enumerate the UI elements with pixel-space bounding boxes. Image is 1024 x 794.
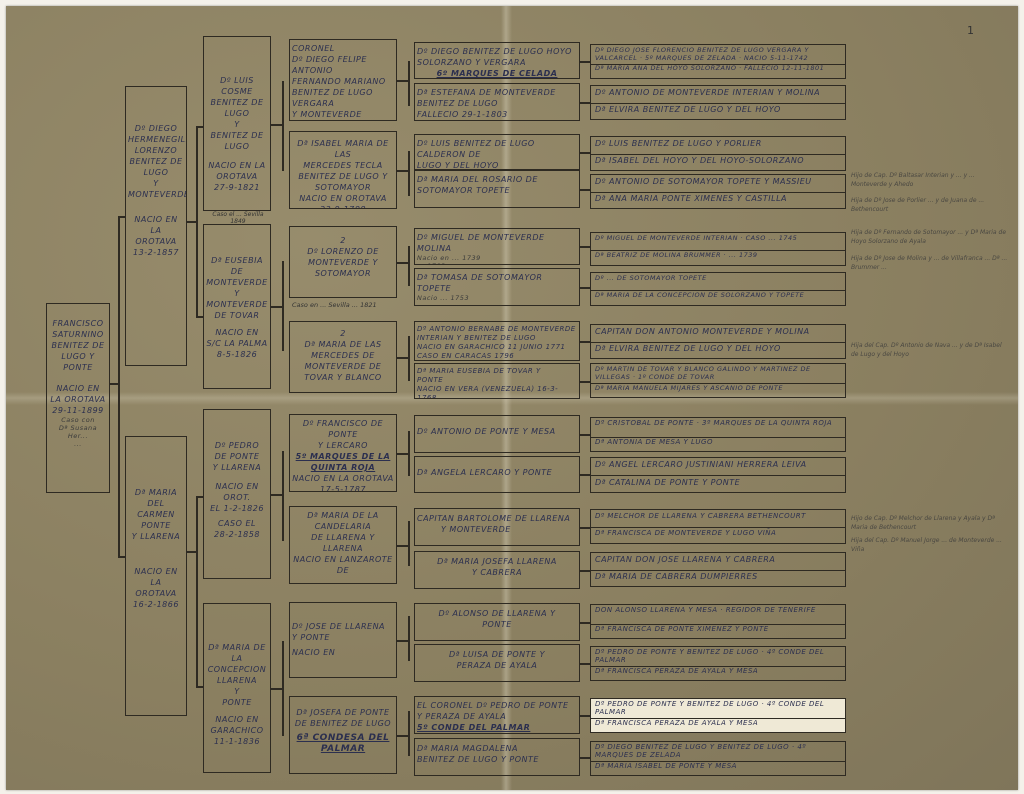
- gen5-box: Dª Maria Eusebia de Tovar y Ponte Nacio …: [414, 363, 580, 399]
- margin-note: Hijo de Cap. Dº Baltasar Interian y ... …: [851, 171, 1011, 189]
- gen6-row: Dº Diego Jose Florencio Benitez de Lugo …: [591, 45, 845, 65]
- connector: [118, 216, 120, 556]
- gen3-box: Dº Luis Cosme Benitez de Lugo y Benitez …: [203, 36, 271, 211]
- married-line: 28-2-1858: [206, 529, 268, 540]
- connector: [282, 261, 284, 351]
- connector: [580, 189, 590, 191]
- gen4-box: 2 Dº Lorenzo de Monteverde y Sotomayor: [289, 226, 397, 298]
- margin-note: Hija de Dº Fernando de Sotomayor ... y D…: [851, 228, 1011, 246]
- gen1-name-line: Ponte: [49, 362, 107, 373]
- gen6-pair: Don Alonso Llarena y Mesa · Regidor de T…: [590, 604, 846, 639]
- text-line: Dº Luis Benitez de Lugo Calderon de: [417, 138, 577, 160]
- gen5-box: Dº Luis Benitez de Lugo Calderon de Lugo…: [414, 134, 580, 170]
- text-line: y Monteverde: [417, 524, 577, 535]
- gen6-row: Dª Elvira Benitez de Lugo y del Hoyo: [591, 342, 845, 359]
- connector: [282, 81, 284, 171]
- gen6-pair: Dº ... de Sotomayor Topete Dª Maria de l…: [590, 272, 846, 306]
- married-line: Caso el: [206, 518, 268, 529]
- birth-line: Nacio en Orot.: [206, 481, 268, 503]
- gen5-box: El Coronel Dº Pedro de Ponte y Peraza de…: [414, 696, 580, 734]
- gen3-box: Dº Pedro de Ponte y Llarena Nacio en Oro…: [203, 409, 271, 579]
- gen1-name-line: Francisco: [49, 318, 107, 329]
- gen1-married-line: Dª Susana Her...: [49, 424, 107, 440]
- text-line: Dª Luisa de Ponte y: [417, 649, 577, 660]
- text-line: Dº Antonio Bernabe de Monteverde: [417, 325, 577, 334]
- spacer: [206, 152, 268, 160]
- name-line: y: [206, 119, 268, 130]
- connector: [196, 496, 198, 686]
- birth-line: S/C La Palma: [206, 338, 268, 349]
- text-line: de Llarena y Llarena: [292, 532, 394, 554]
- text-line: ... 1783: [417, 262, 577, 265]
- connector: [580, 527, 590, 529]
- connector: [408, 61, 410, 106]
- gen6-row: Dª Francisca de Ponte Ximenez y Ponte: [591, 624, 845, 639]
- text-line: Dª Maria de la Candelaria: [292, 510, 394, 532]
- text-line: Dº Antonio de Ponte y Mesa: [417, 426, 577, 437]
- page-mark: 1: [967, 24, 974, 37]
- spacer: [128, 542, 184, 566]
- text-line: Nacio ... 1753: [417, 294, 577, 302]
- text-line: Benitez de Lugo y Ponte: [417, 754, 577, 765]
- gen3-box: Dª Maria de la Concepcion Llarena y Pont…: [203, 603, 271, 773]
- text-line: Tovar y Blanco: [292, 372, 394, 383]
- gen1-name-line: Lugo y: [49, 351, 107, 362]
- gen6-row: Capitan Don Jose Llarena y Cabrera: [591, 553, 845, 571]
- noble-title: 5º Conde del Palmar: [417, 722, 577, 733]
- birth-line: Orotava: [128, 236, 184, 247]
- gen6-row: Dº Antonio de Monteverde Interian y Moli…: [591, 86, 845, 104]
- name-line: la Concepcion: [206, 653, 268, 675]
- connector: [282, 641, 284, 736]
- birth-line: el 1-2-1826: [206, 503, 268, 514]
- text-line: Dª Isabel Maria de las: [292, 138, 394, 160]
- connector: [282, 451, 284, 541]
- name-line: y Llarena: [206, 462, 268, 473]
- gen5-box: Dª Luisa de Ponte y Peraza de Ayala: [414, 644, 580, 682]
- text-line: y Cabrera: [417, 567, 577, 578]
- connector: [580, 61, 590, 63]
- connector: [580, 287, 590, 289]
- text-line: Benitez de Lugo y: [292, 171, 394, 182]
- noble-title: 5º Marques de la Quinta Roja: [292, 451, 394, 473]
- gen6-row: Dª Maria Isabel de Ponte y Mesa: [591, 761, 845, 776]
- name-line: y: [128, 178, 184, 189]
- gen6-pair-highlighted: Dº Pedro de Ponte y Benitez de Lugo · 4º…: [590, 698, 846, 733]
- gen6-row: Dª Maria Ana del Hoyo Solorzano · Fallec…: [591, 63, 845, 79]
- text-line: 2: [292, 328, 394, 339]
- birth-line: Orotava: [206, 171, 268, 182]
- gen5-box: Dº Antonio de Ponte y Mesa: [414, 415, 580, 453]
- gen6-row: Dª Isabel del Hoyo y del Hoyo-Solorzano: [591, 154, 845, 171]
- connector: [408, 431, 410, 476]
- text-line: Nacio en Vera (Venezuela) 16-3-1768: [417, 385, 577, 399]
- name-line: de Ponte: [206, 451, 268, 462]
- gen5-box: Dª Angela Lercaro y Ponte: [414, 456, 580, 493]
- gen1-married-line: Caso con: [49, 416, 107, 424]
- name-line: Hermenegildo: [128, 134, 184, 145]
- gen6-row: Dº Pedro de Ponte y Benitez de Lugo · 4º…: [591, 647, 845, 667]
- text-line: Peraza de Ayala: [417, 660, 577, 671]
- gen6-pair: Dº Miguel de Monteverde Interian · Caso …: [590, 232, 846, 266]
- text-line: y Ponte: [292, 632, 394, 643]
- gen6-row: Dº Melchor de Llarena y Cabrera Bethenco…: [591, 510, 845, 528]
- gen6-row: Dª Francisca Peraza de Ayala y Mesa: [591, 666, 845, 681]
- margin-note: Hija del Cap. Dº Manuel Jorge ... de Mon…: [851, 536, 1011, 554]
- gen1-birth-line: 29-11-1899: [49, 405, 107, 416]
- name-line: y: [206, 686, 268, 697]
- gen1-box: Francisco Saturnino Benitez de Lugo y Po…: [46, 303, 110, 493]
- gen6-row: Capitan Don Antonio Monteverde y Molina: [591, 325, 845, 343]
- gen5-box: Dº Alonso de Llarena y Ponte: [414, 603, 580, 641]
- connector: [580, 434, 590, 436]
- text-line: Dª Tomasa de Sotomayor Topete: [417, 272, 577, 294]
- gen5-box: Dº Diego Benitez de Lugo Hoyo Solorzano …: [414, 42, 580, 79]
- birth-line: Nacio en: [292, 647, 394, 658]
- gen6-row: Dº Martin de Tovar y Blanco Galindo y Ma…: [591, 364, 845, 384]
- spacer: [49, 373, 107, 383]
- gen6-row: Dª Ana Maria Ponte Ximenes y Castilla: [591, 192, 845, 209]
- gen6-row: Dº Miguel de Monteverde Interian · Caso …: [591, 233, 845, 251]
- gen6-row: Dº Pedro de Ponte y Benitez de Lugo · 4º…: [591, 699, 845, 719]
- marriage-note: Caso en ... Sevilla ... 1821: [292, 301, 400, 309]
- gen6-row: Dª Antonia de Mesa y Lugo: [591, 437, 845, 452]
- connector: [580, 757, 590, 759]
- text-line: Interian y Benitez de Lugo: [417, 334, 577, 343]
- gen6-pair: Dº Antonio de Monteverde Interian y Moli…: [590, 85, 846, 120]
- birth-line: Nacio en la: [128, 566, 184, 588]
- gen6-pair: Dº Diego Benitez de Lugo y Benitez de Lu…: [590, 741, 846, 776]
- connector: [580, 246, 590, 248]
- text-line: Dº Diego Benitez de Lugo Hoyo: [417, 46, 577, 57]
- text-line: Benitez de Lugo: [417, 98, 577, 109]
- birth-line: 17-5-1787: [292, 484, 394, 492]
- spacer: [128, 200, 184, 214]
- gen6-pair: Dº Luis Benitez de Lugo y Porlier Dª Isa…: [590, 136, 846, 171]
- gen6-row: Dº Antonio de Sotomayor Topete y Massieu: [591, 175, 845, 193]
- text-line: de Benitez de Lugo: [292, 718, 394, 729]
- connector: [580, 474, 590, 476]
- text-line: Ponte: [417, 619, 577, 630]
- text-line: 2: [292, 235, 394, 246]
- name-line: y: [206, 288, 268, 299]
- gen6-row: Dª Elvira Benitez de Lugo y del Hoyo: [591, 103, 845, 120]
- text-line: Lugo y del Hoyo: [417, 160, 577, 170]
- gen6-row: Dª Maria Manuela Mijares y Ascanio de Po…: [591, 383, 845, 398]
- text-line: Dº Francisco de Ponte: [292, 418, 394, 440]
- birth-line: Nacio en: [206, 327, 268, 338]
- birth-line: Orotava: [128, 588, 184, 599]
- text-line: Sotomayor: [292, 182, 394, 193]
- margin-note: Hija de Dº Jose de Molina y ... de Villa…: [851, 254, 1011, 272]
- birth-line: Garachico: [206, 725, 268, 736]
- death-line: Fallecio 29-1-1803: [417, 109, 577, 120]
- name-line: Dº Luis Cosme: [206, 75, 268, 97]
- text-line: Dº Miguel de Monteverde Molina: [417, 232, 577, 254]
- gen6-pair: Capitan Don Jose Llarena y Cabrera Dª Ma…: [590, 552, 846, 587]
- spacer: [206, 473, 268, 481]
- gen4-box: Dº Francisco de Ponte y Lercaro 5º Marqu…: [289, 414, 397, 492]
- text-line: Dª Maria Eusebia de Tovar y: [417, 367, 577, 376]
- name-line: Monteverde: [206, 299, 268, 310]
- gen1-birth-line: La Orotava: [49, 394, 107, 405]
- connector: [580, 381, 590, 383]
- text-line: Sotomayor Topete: [417, 185, 577, 196]
- text-line: Caso en Caracas 1796: [417, 352, 577, 361]
- birth-line: Nacio en la: [206, 160, 268, 171]
- text-line: Dº Lorenzo de: [292, 246, 394, 257]
- gen4-box: Dª Isabel Maria de las Mercedes Tecla Be…: [289, 131, 397, 209]
- text-line: Dª Maria de las: [292, 339, 394, 350]
- gen1-birth-line: Nacio en: [49, 383, 107, 394]
- noble-title: 6ª Condesa del Palmar: [292, 733, 394, 755]
- gen6-row: Dº ... de Sotomayor Topete: [591, 273, 845, 291]
- gen6-pair: Dº Cristobal de Ponte · 3º Marques de la…: [590, 417, 846, 452]
- gen6-row: Dª Maria de Cabrera Dumpierres: [591, 570, 845, 587]
- gen2-box-father: Dº Diego Hermenegildo Lorenzo Benitez de…: [125, 86, 187, 366]
- gen4-box: Coronel Dº Diego Felipe Antonio Fernando…: [289, 39, 397, 121]
- gen6-pair: Dº Melchor de Llarena y Cabrera Bethenco…: [590, 509, 846, 544]
- connector: [580, 663, 590, 665]
- connector: [580, 570, 590, 572]
- gen6-pair: Dº Diego Jose Florencio Benitez de Lugo …: [590, 44, 846, 79]
- gen5-box: Capitan Bartolome de Llarena y Monteverd…: [414, 508, 580, 546]
- name-line: Dª Eusebia: [206, 255, 268, 266]
- text-line: Benitez de Lugo Vergara: [292, 87, 394, 109]
- gen2-box-mother: Dª Maria del Carmen Ponte y Llarena Naci…: [125, 436, 187, 716]
- text-line: Dª Josefa de Ponte: [292, 707, 394, 718]
- text-line: y Monteverde: [292, 109, 394, 120]
- birth-line: Nacio en Orotava: [292, 193, 394, 204]
- connector: [196, 126, 198, 316]
- text-line: Fernando Mariano: [292, 76, 394, 87]
- name-line: Dº Pedro: [206, 440, 268, 451]
- text-line: Mercedes Tecla: [292, 160, 394, 171]
- connector: [408, 711, 410, 756]
- gen5-box: Dª Maria Magdalena Benitez de Lugo y Pon…: [414, 738, 580, 776]
- gen1-married-line: ...: [49, 440, 107, 448]
- connector: [580, 341, 590, 343]
- gen6-row: Dª Francisca de Monteverde y Lugo Viña: [591, 527, 845, 544]
- text-line: Dº Alonso de Llarena y: [417, 608, 577, 619]
- gen5-box: Dª Tomasa de Sotomayor Topete Nacio ... …: [414, 268, 580, 306]
- gen6-pair: Dº Pedro de Ponte y Benitez de Lugo · 4º…: [590, 646, 846, 681]
- text-line: Dª Estefana de Monteverde: [417, 87, 577, 98]
- connector: [408, 151, 410, 196]
- text-line: Nacio en ... 1739: [417, 254, 577, 262]
- gen5-box: Dª Maria Josefa Llarena y Cabrera: [414, 551, 580, 589]
- gen6-row: Dº Diego Benitez de Lugo y Benitez de Lu…: [591, 742, 845, 762]
- birth-line: 13-2-1857: [128, 247, 184, 258]
- birth-line: 27-9-1821: [206, 182, 268, 193]
- text-line: Monteverde y: [292, 257, 394, 268]
- gen4-box: 2 Dª Maria de las Mercedes de Monteverde…: [289, 321, 397, 393]
- text-line: Ponte: [417, 376, 577, 385]
- text-line: Dª Maria del Rosario de: [417, 174, 577, 185]
- text-line: ...: [417, 302, 577, 306]
- name-line: Ponte: [206, 697, 268, 708]
- gen5-box: Dº Antonio Bernabe de Monteverde Interia…: [414, 321, 580, 361]
- gen3-box: Dª Eusebia de Monteverde y Monteverde de…: [203, 224, 271, 389]
- gen1-name-line: Saturnino: [49, 329, 107, 340]
- married-line: Caso en la Orotava: [292, 582, 394, 584]
- margin-note: Hija del Cap. Dº Antonio de Nava ... y d…: [851, 341, 1011, 359]
- birth-line: Nacio en Lanzarote de: [292, 554, 394, 576]
- gen4-box: Dº Jose de Llarena y Ponte Nacio en: [289, 602, 397, 678]
- text-line: y Lercaro: [292, 440, 394, 451]
- gen5-box: Dª Estefana de Monteverde Benitez de Lug…: [414, 83, 580, 121]
- text-line: Nacio en Garachico 11 Junio 1771: [417, 343, 577, 352]
- gen6-pair: Capitan Don Antonio Monteverde y Molina …: [590, 324, 846, 359]
- gen6-row: Dª Beatriz de Molina Brummer · ... 1739: [591, 250, 845, 266]
- name-line: del Carmen: [128, 498, 184, 520]
- text-line: Capitan Bartolome de Llarena: [417, 513, 577, 524]
- text-line: Dº Diego Felipe Antonio: [292, 54, 394, 76]
- gen4-box: Dª Josefa de Ponte de Benitez de Lugo 6ª…: [289, 696, 397, 774]
- name-line: Llarena: [206, 675, 268, 686]
- connector: [408, 521, 410, 566]
- gen1-name-line: Benitez de: [49, 340, 107, 351]
- connector: [408, 246, 410, 286]
- gen6-row: Dº Angel Lercaro Justiniani Herrera Leiv…: [591, 458, 845, 476]
- birth-line: Nacio en: [206, 714, 268, 725]
- name-line: de Tovar: [206, 310, 268, 321]
- birth-line: 11-1-1836: [206, 736, 268, 747]
- gen4-box: Dª Maria de la Candelaria de Llarena y L…: [289, 506, 397, 584]
- connector: [580, 715, 590, 717]
- text-line: Sotomayor: [292, 268, 394, 279]
- connector: [580, 622, 590, 624]
- genealogy-sheet: 1 Francisco Saturnino Benitez de Lugo y …: [6, 6, 1018, 790]
- name-line: de: [206, 266, 268, 277]
- noble-title: 7º Marques de Celada: [292, 120, 394, 121]
- name-line: Monteverde: [206, 277, 268, 288]
- margin-note: Hijo de Cap. Dº Melchor de Llarena y Aya…: [851, 514, 1011, 532]
- name-line: Dª Maria: [128, 487, 184, 498]
- connector: [408, 336, 410, 381]
- birth-line: Nacio en la: [128, 214, 184, 236]
- text-line: Dª Maria Magdalena: [417, 743, 577, 754]
- name-line: Ponte: [128, 520, 184, 531]
- margin-note: Hija de Dº Jose de Porlier ... y de Juan…: [851, 196, 1011, 214]
- name-line: Dº Diego: [128, 123, 184, 134]
- birth-line: 16-2-1866: [128, 599, 184, 610]
- gen6-row: Dª Maria de la Concepcion de Solorzano y…: [591, 290, 845, 306]
- text-line: Monteverde de: [292, 361, 394, 372]
- birth-line: 8-5-1826: [206, 349, 268, 360]
- connector: [580, 102, 590, 104]
- name-line: y Llarena: [128, 531, 184, 542]
- name-line: Lorenzo: [128, 145, 184, 156]
- gen5-box: Dª Maria del Rosario de Sotomayor Topete: [414, 170, 580, 208]
- text-line: Dº Jose de Llarena: [292, 621, 394, 632]
- text-line: y Peraza de Ayala: [417, 711, 577, 722]
- marriage-note: Caso el ... Sevilla 1849: [204, 211, 272, 225]
- text-line: Dª Maria Josefa Llarena: [417, 556, 577, 567]
- name-line: Dª Maria de: [206, 642, 268, 653]
- gen6-pair: Dº Martin de Tovar y Blanco Galindo y Ma…: [590, 363, 846, 398]
- gen6-row: Dº Cristobal de Ponte · 3º Marques de la…: [591, 418, 845, 438]
- gen6-row: Dª Catalina de Ponte y Ponte: [591, 476, 845, 493]
- text-line: Solorzano y Vergara: [417, 57, 577, 68]
- text-line: Mercedes de: [292, 350, 394, 361]
- gen6-row: Don Alonso Llarena y Mesa · Regidor de T…: [591, 605, 845, 625]
- name-line: Benitez de Lugo: [206, 130, 268, 152]
- gen5-box: Dº Miguel de Monteverde Molina Nacio en …: [414, 228, 580, 265]
- noble-title: 6º Marques de Celada: [417, 68, 577, 79]
- birth-line: Nacio en la Orotava: [292, 473, 394, 484]
- name-line: Monteverde: [128, 189, 184, 200]
- name-line: Benitez de Lugo: [128, 156, 184, 178]
- gen6-row: Dª Francisca Peraza de Ayala y Mesa: [591, 718, 845, 733]
- gen6-pair: Dº Antonio de Sotomayor Topete y Massieu…: [590, 174, 846, 209]
- text-line: Coronel: [292, 43, 394, 54]
- gen6-row: Dº Luis Benitez de Lugo y Porlier: [591, 137, 845, 155]
- text-line: Dª Angela Lercaro y Ponte: [417, 467, 577, 478]
- text-line: El Coronel Dº Pedro de Ponte: [417, 700, 577, 711]
- gen6-pair: Dº Angel Lercaro Justiniani Herrera Leiv…: [590, 457, 846, 493]
- connector: [408, 616, 410, 661]
- connector: [580, 152, 590, 154]
- birth-line: 23-9-1788: [292, 204, 394, 209]
- name-line: Benitez de Lugo: [206, 97, 268, 119]
